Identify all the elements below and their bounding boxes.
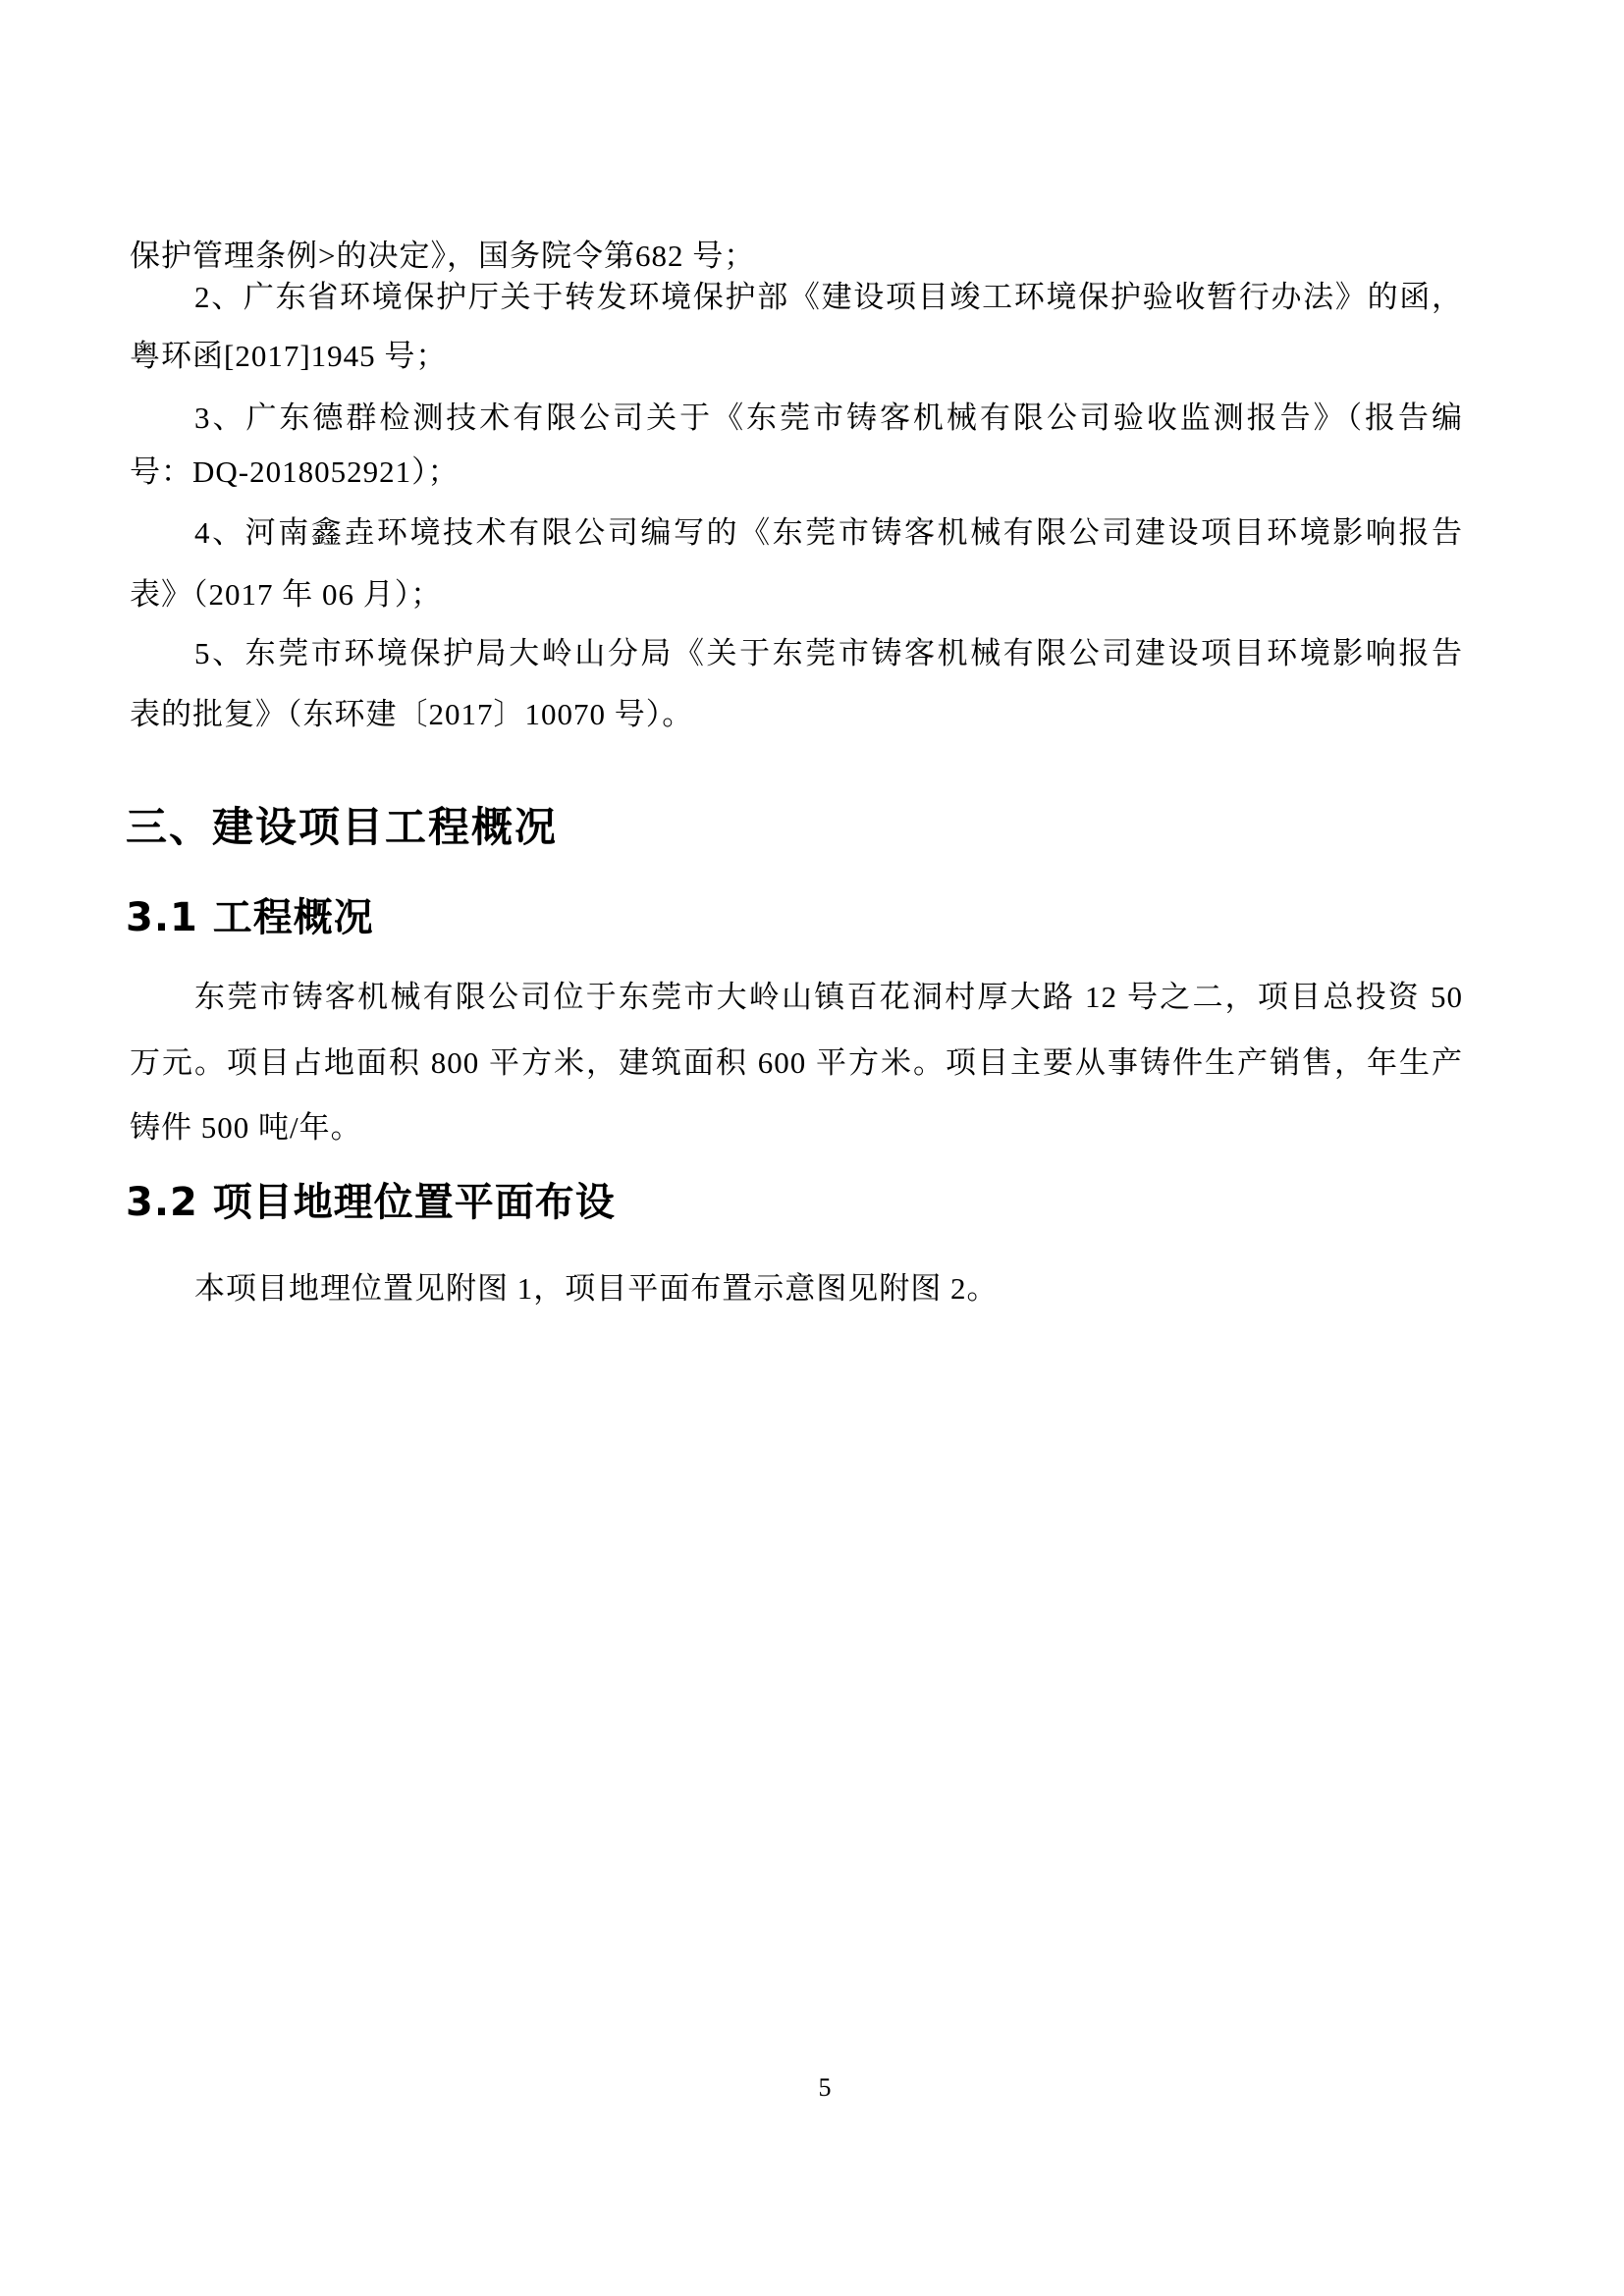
reference-item-3-line-1: 3、广东德群检测技术有限公司关于《东莞市铸客机械有限公司验收监测报告》（报告编 — [130, 400, 1463, 437]
document-page: 保护管理条例>的决定》，国务院令第682 号； 2、广东省环境保护厅关于转发环境… — [0, 0, 1624, 2296]
section-3-1-paragraph-line-1: 东莞市铸客机械有限公司位于东莞市大岭山镇百花洞村厚大路 12 号之二，项目总投资… — [130, 979, 1463, 1016]
reference-item-2-line-2: 粤环函[2017]1945 号； — [130, 338, 1463, 375]
reference-item-4-line-1: 4、河南鑫垚环境技术有限公司编写的《东莞市铸客机械有限公司建设项目环境影响报告 — [130, 514, 1463, 552]
reference-item-5-line-2: 表的批复》（东环建〔2017〕10070 号）。 — [130, 696, 1463, 733]
reference-item-5-line-1: 5、东莞市环境保护局大岭山分局《关于东莞市铸客机械有限公司建设项目环境影响报告 — [130, 635, 1463, 672]
section-3-1-paragraph-line-3: 铸件 500 吨/年。 — [130, 1109, 1463, 1147]
section-3-1-paragraph-line-2: 万元。项目占地面积 800 平方米，建筑面积 600 平方米。项目主要从事铸件生… — [130, 1044, 1463, 1082]
paragraph-continuation-line: 保护管理条例>的决定》，国务院令第682 号； — [130, 238, 1463, 275]
reference-item-3-line-2: 号：DQ-2018052921）； — [130, 454, 1463, 491]
section-3-2-heading: 3.2 项目地理位置平面布设 — [126, 1180, 1500, 1225]
section-3-2-paragraph-line-1: 本项目地理位置见附图 1，项目平面布置示意图见附图 2。 — [130, 1270, 1463, 1308]
section-3-1-heading: 3.1 工程概况 — [126, 895, 1500, 940]
section-3-heading: 三、建设项目工程概况 — [126, 803, 1500, 852]
reference-item-2-line-1: 2、广东省环境保护厅关于转发环境保护部《建设项目竣工环境保护验收暂行办法》的函， — [130, 279, 1463, 316]
reference-item-4-line-2: 表》（2017 年 06 月）； — [130, 576, 1463, 614]
page-number: 5 — [0, 2073, 1624, 2103]
